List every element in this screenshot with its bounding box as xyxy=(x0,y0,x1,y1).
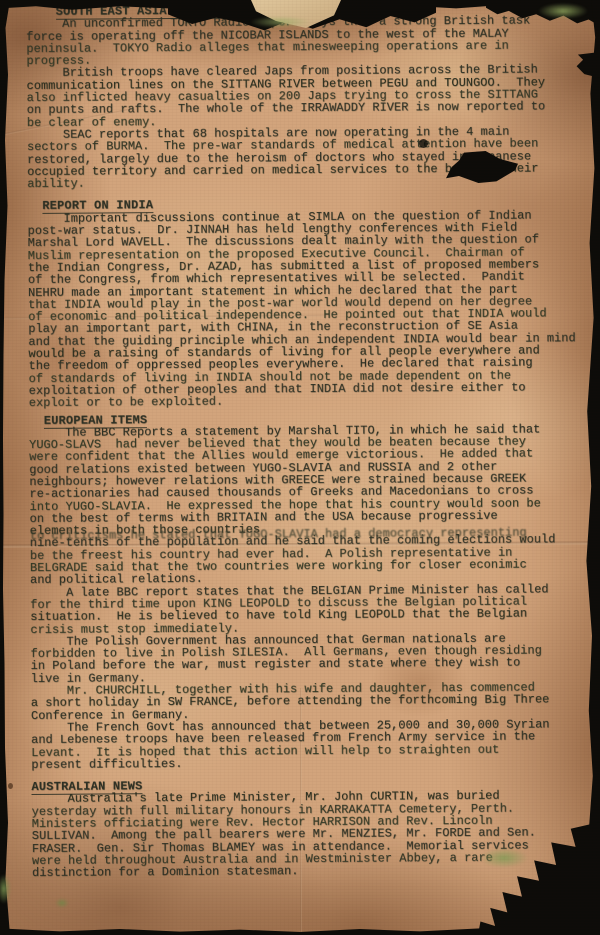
document-text: SOUTH EAST ASIA COMMAND An unconfirmed T… xyxy=(0,2,600,880)
document-page: SOUTH EAST ASIA COMMAND An unconfirmed T… xyxy=(0,0,600,935)
text-line: present difficulties. xyxy=(5,755,600,771)
text-line: exploit or to be exploited. xyxy=(3,393,600,409)
